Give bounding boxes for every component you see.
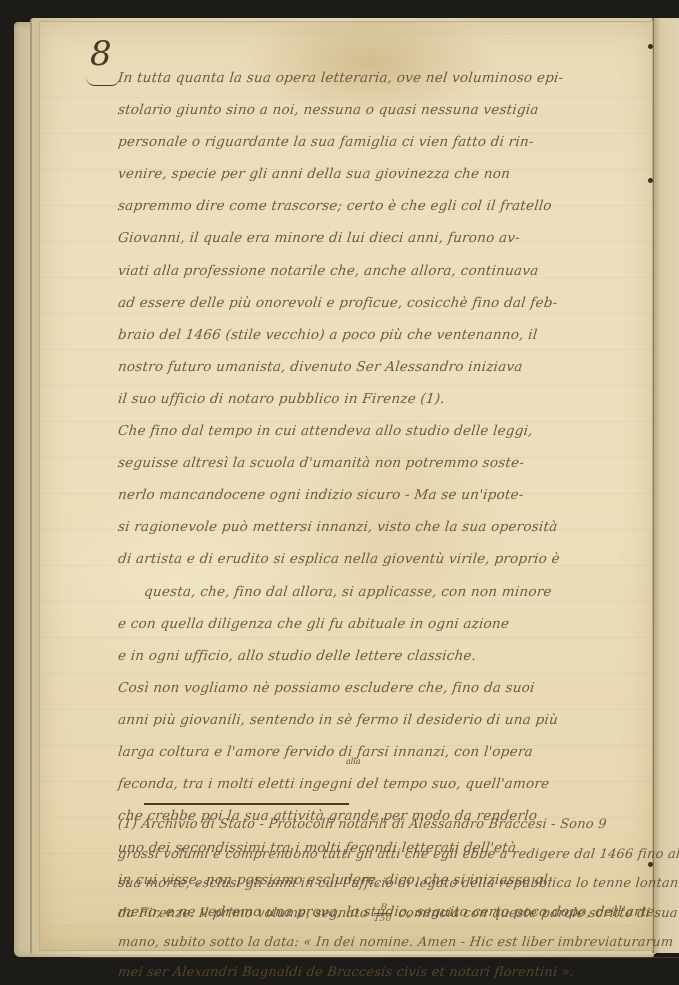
text-line: si ragionevole può mettersi innanzi, vis… [116, 511, 639, 543]
text-line: In tutta quanta la sua opera letteraria,… [116, 62, 639, 94]
body-text: In tutta quanta la sua opera letteraria,… [118, 62, 638, 929]
text-line: e in ogni ufficio, allo studio delle let… [116, 640, 639, 672]
footnote-line: sua morte, esclusi gli anni in cui l'uff… [116, 869, 649, 899]
binding-hole [648, 178, 653, 183]
fraction-numerator: B [374, 903, 393, 914]
paragraph-start: Così non vogliamo nè possiamo escludere … [116, 672, 639, 704]
interlinear-insertion: alla [346, 757, 361, 766]
text-line: seguisse altresì la scuola d'umanità non… [116, 447, 639, 479]
text-line: di artista e di erudito si esplica nella… [116, 543, 639, 575]
footnote-line: mano, subito sotto la data: « In dei nom… [116, 928, 649, 958]
text-line: feconda, tra i molti eletti ingegni del … [116, 768, 639, 800]
text-line: Giovanni, il quale era minore di lui die… [116, 222, 639, 254]
footnote-line: da Firenze. Il primo volume, segnato B 1… [116, 899, 649, 929]
text-line: e con quella diligenza che gli fu abitua… [116, 608, 639, 640]
water-stain [80, 957, 679, 964]
text-line: braio del 1466 (stile vecchio) a poco pi… [116, 319, 639, 351]
binding-hole [648, 862, 653, 867]
text-line: il suo ufficio di notaro pubblico in Fir… [116, 383, 639, 415]
footnote-line-start: da Firenze. Il primo volume, segnato [117, 906, 368, 921]
manuscript-page: 8 In tutta quanta la sua opera letterari… [40, 22, 652, 950]
text-line: questa, che, fino dal allora, si applica… [116, 576, 639, 608]
text-line: personale o riguardante la sua famiglia … [116, 126, 639, 158]
paragraph-start: Che fino dal tempo in cui attendeva allo… [116, 415, 639, 447]
fraction-denominator: 150 [373, 914, 392, 924]
text-line: sapremmo dire come trascorse; certo è ch… [116, 190, 639, 222]
text-line: stolario giunto sino a noi, nessuna o qu… [116, 94, 639, 126]
footnote-divider [144, 803, 349, 805]
footnote-line-tail: comincia con queste parole scritte di su… [398, 906, 679, 921]
manuscript-scan: 8 In tutta quanta la sua opera letterari… [0, 0, 679, 985]
binding-hole [648, 44, 653, 49]
text-line: nostro futuro umanista, divenuto Ser Ale… [116, 351, 639, 383]
text-line: venire, specie per gli anni della sua gi… [116, 158, 639, 190]
footnote-line: grossi volumi e comprendono tutti gli at… [116, 840, 649, 870]
page-number-flourish [86, 77, 120, 86]
text-line: anni più giovanili, sentendo in sè fermo… [116, 704, 639, 736]
text-line: ad essere delle più onorevoli e proficue… [116, 287, 639, 319]
text-line: viati alla professione notarile che, anc… [116, 255, 639, 287]
text-line: nerlo mancandocene ogni indizio sicuro -… [116, 479, 639, 511]
volume-fraction: B 150 [373, 903, 393, 924]
page-number: 8 [90, 34, 112, 74]
footnote-line: (1) Archivio di Stato - Protocolli notar… [116, 810, 649, 840]
text-line: larga coltura e l'amore fervido di farsi… [116, 736, 639, 768]
facing-page-edge [652, 18, 679, 953]
